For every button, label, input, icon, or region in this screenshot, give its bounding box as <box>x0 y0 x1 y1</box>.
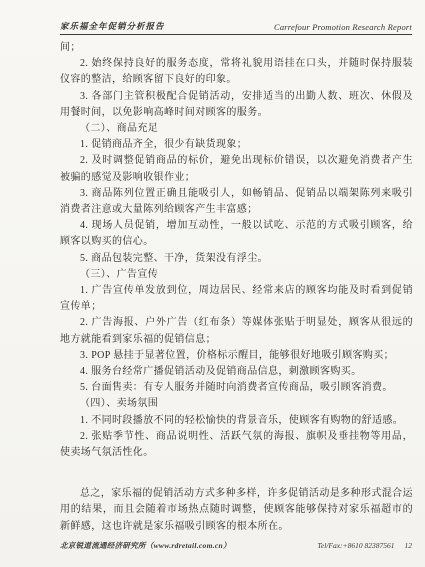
body-paragraph: 5. 商品包装完整、干净，货架没有浮尘。 <box>60 251 413 267</box>
body-paragraph: 2. 及时调整促销商品的标价，避免出现标价错误，以次避免消费者产生被骗的感觉及影… <box>60 153 413 185</box>
footer-organization: 北京锐道流通经济研究所（www.rdretail.com.cn） <box>60 540 231 551</box>
summary-paragraph: 总之，家乐福的促销活动方式多种多样，许多促销活动是多种形式混合运用的结果，而且会… <box>60 486 413 535</box>
body-paragraph: 2. 始终保持良好的服务态度，常将礼貌用语挂在口头，并随时保持服装仪容的整洁，给… <box>60 56 413 88</box>
body-paragraph: 5. 台面售卖：有专人服务并随时向消费者宣传商品，吸引顾客消费。 <box>60 380 413 396</box>
section-heading: （四）、卖场氛围 <box>60 396 413 412</box>
header-title-zh: 家乐福全年促销分析报告 <box>60 20 165 32</box>
body-paragraph: 3. 商品陈列位置正确且能吸引人，如畅销品、促销品以端架陈列来吸引消费者注意或大… <box>60 186 413 218</box>
body-paragraph: 1. 广告宣传单发放到位，周边居民、经常来店的顾客均能及时看到促销宣传单； <box>60 283 413 315</box>
body-paragraph: 3. POP 悬挂于显著位置，价格标示醒目，能够很好地吸引顾客购买； <box>60 348 413 364</box>
footer-page-number: 12 <box>405 541 413 550</box>
header-title-en: Carrefour Promotion Research Report <box>274 22 412 32</box>
body-paragraph: 4. 服务台经常广播促销活动及促销商品信息，刺激顾客购买。 <box>60 364 413 380</box>
section-heading: （三）、广告宣传 <box>60 267 413 283</box>
body-paragraph: 2. 广告海报、户外广告（红布条）等媒体张贴于明显处，顾客从很远的地方就能看到家… <box>60 315 413 347</box>
section-heading: （二）、商品充足 <box>60 121 413 137</box>
document-body: 间； 2. 始终保持良好的服务态度，常将礼貌用语挂在口头，并随时保持服装仪容的整… <box>60 40 413 535</box>
page-footer: 北京锐道流通经济研究所（www.rdretail.com.cn） Tel/Fax… <box>60 540 412 551</box>
body-paragraph: 1. 不同时段播放不同的轻松愉快的背景音乐，使顾客有购物的舒适感。 <box>60 413 413 429</box>
body-paragraph: 1. 促销商品齐全，很少有缺货现象； <box>60 137 413 153</box>
page-header: 家乐福全年促销分析报告 Carrefour Promotion Research… <box>60 18 412 35</box>
body-paragraph: 2. 张贴季节性、商品说明性、活跃气氛的海报、旗帜及垂挂物等用品，使卖场气氛活性… <box>60 429 413 461</box>
body-paragraph: 4. 现场人员促销，增加互动性，一般以试吃、示范的方式吸引顾客，给顾客以购买的信… <box>60 218 413 250</box>
body-paragraph: 3. 各部门主管积极配合促销活动，安排适当的出勤人数、班次、休假及用餐时间，以免… <box>60 89 413 121</box>
document-page: 家乐福全年促销分析报告 Carrefour Promotion Research… <box>0 0 425 567</box>
footer-right: Tel/Fax:+8610 82387561 12 <box>317 541 412 550</box>
body-fragment: 间； <box>60 40 413 56</box>
footer-contact: Tel/Fax:+8610 82387561 <box>317 541 394 550</box>
